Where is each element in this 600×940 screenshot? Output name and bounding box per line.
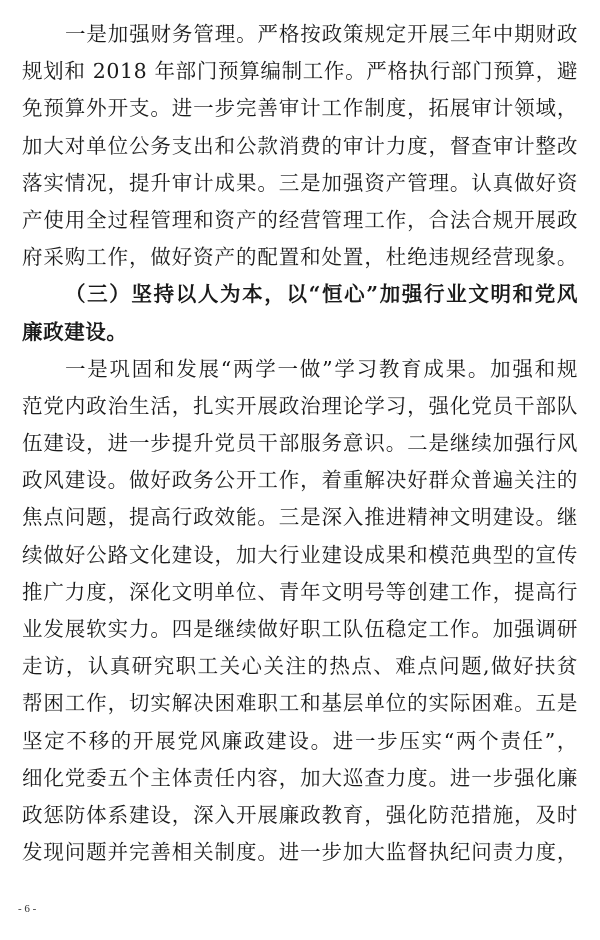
section-heading-line: 廉政建设。 bbox=[22, 314, 578, 351]
paragraph-line: 发现问题并完善相关制度。进一步加大监督执纪问责力度， bbox=[22, 834, 578, 871]
paragraph-line: 落实情况，提升审计成果。三是加强资产管理。认真做好资 bbox=[22, 165, 578, 202]
paragraph-line: 一是巩固和发展“两学一做”学习教育成果。加强和规 bbox=[22, 351, 578, 388]
paragraph-line: 政风建设。做好政务公开工作，着重解决好群众普遍关注的 bbox=[22, 462, 578, 499]
paragraph-line: 伍建设，进一步提升党员干部服务意识。二是继续加强行风 bbox=[22, 425, 578, 462]
paragraph-line: 坚定不移的开展党风廉政建设。进一步压实“两个责任”， bbox=[22, 723, 578, 760]
paragraph-line: 府采购工作，做好资产的配置和处置，杜绝违规经营现象。 bbox=[22, 239, 578, 276]
paragraph-line: 加大对单位公务支出和公款消费的审计力度，督查审计整改 bbox=[22, 128, 578, 165]
paragraph-line: 细化党委五个主体责任内容，加大巡查力度。进一步强化廉 bbox=[22, 760, 578, 797]
paragraph-line: 一是加强财务管理。严格按政策规定开展三年中期财政 bbox=[22, 16, 578, 53]
paragraph-line: 范党内政治生活，扎实开展政治理论学习，强化党员干部队 bbox=[22, 388, 578, 425]
paragraph-line: 政惩防体系建设，深入开展廉政教育，强化防范措施，及时 bbox=[22, 797, 578, 834]
section-heading-line: （三）坚持以人为本，以“恒心”加强行业文明和党风 bbox=[22, 276, 578, 313]
paragraph-line: 续做好公路文化建设，加大行业建设成果和模范典型的宣传 bbox=[22, 537, 578, 574]
paragraph-line: 走访，认真研究职工关心关注的热点、难点问题,做好扶贫 bbox=[22, 648, 578, 685]
paragraph-line: 规划和 2018 年部门预算编制工作。严格执行部门预算，避 bbox=[22, 53, 578, 90]
paragraph-line: 免预算外开支。进一步完善审计工作制度，拓展审计领域， bbox=[22, 90, 578, 127]
document-body: 一是加强财务管理。严格按政策规定开展三年中期财政 规划和 2018 年部门预算编… bbox=[22, 16, 578, 871]
paragraph-line: 推广力度，深化文明单位、青年文明号等创建工作，提高行 bbox=[22, 574, 578, 611]
paragraph-line: 焦点问题，提高行政效能。三是深入推进精神文明建设。继 bbox=[22, 499, 578, 536]
paragraph-line: 帮困工作，切实解决困难职工和基层单位的实际困难。五是 bbox=[22, 685, 578, 722]
paragraph-line: 产使用全过程管理和资产的经营管理工作，合法合规开展政 bbox=[22, 202, 578, 239]
page-number: - 6 - bbox=[18, 903, 36, 915]
paragraph-line: 业发展软实力。四是继续做好职工队伍稳定工作。加强调研 bbox=[22, 611, 578, 648]
